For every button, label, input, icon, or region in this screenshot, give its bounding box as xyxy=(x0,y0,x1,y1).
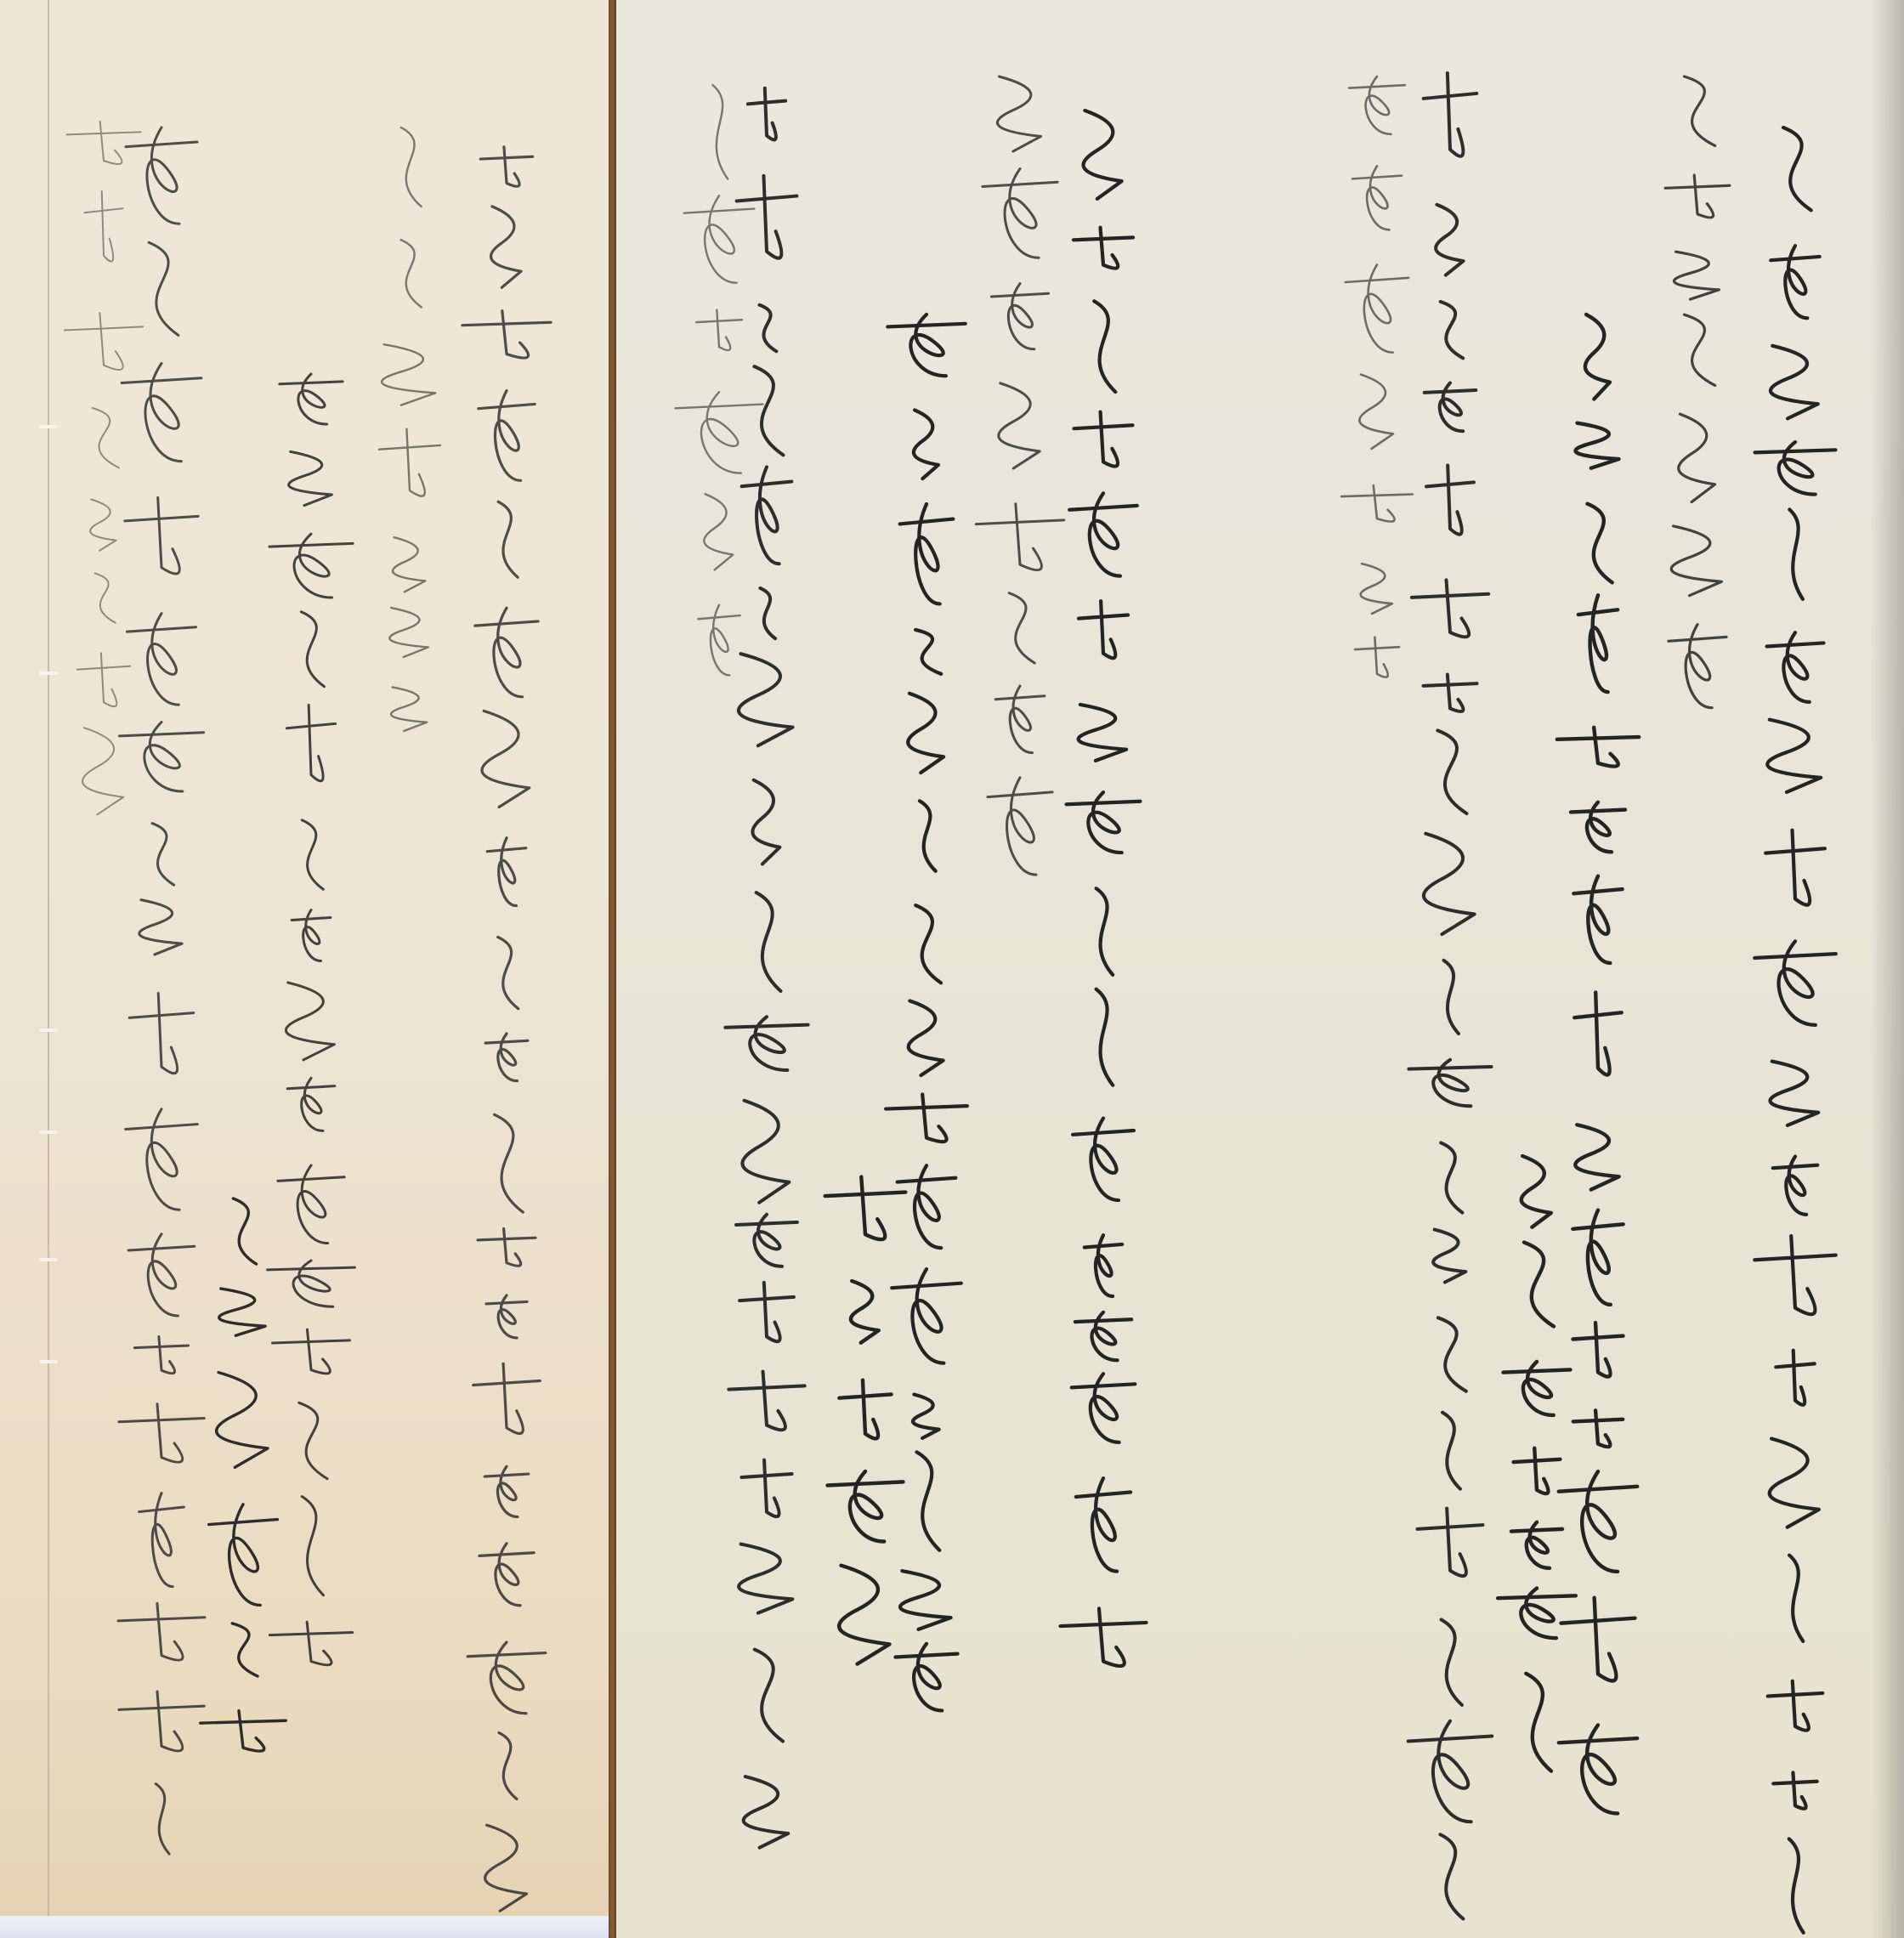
calligraphy-column xyxy=(675,85,762,675)
calligraphy-text-copy xyxy=(616,0,1904,1938)
calligraphy-column xyxy=(118,127,205,1854)
calligraphy-column xyxy=(1061,110,1147,1666)
calligraphy-column xyxy=(1754,127,1836,1933)
calligraphy-column xyxy=(65,122,143,814)
original-manuscript-sheet xyxy=(0,0,609,1938)
calligraphy-text-original xyxy=(0,0,609,1938)
calligraphy-column xyxy=(1341,76,1413,677)
calligraphy-column xyxy=(825,1177,906,1664)
calligraphy-column xyxy=(1665,76,1730,708)
right-edge-shadow xyxy=(1870,0,1904,1938)
calligraphy-column xyxy=(976,76,1063,875)
calligraphy-column xyxy=(886,314,967,1710)
calligraphy-column xyxy=(201,1198,286,1751)
calligraphy-column xyxy=(725,88,807,1848)
calligraphy-column xyxy=(1408,73,1492,1918)
sheet-divider xyxy=(609,0,616,1938)
calligraphy-column xyxy=(268,374,355,1665)
practice-copy-sheet xyxy=(616,0,1904,1938)
calligraphy-column xyxy=(462,147,551,1911)
calligraphy-column xyxy=(1498,1156,1576,1771)
page-bottom-edge xyxy=(0,1916,609,1938)
calligraphy-column xyxy=(1557,314,1639,1813)
calligraphy-column xyxy=(379,127,440,731)
